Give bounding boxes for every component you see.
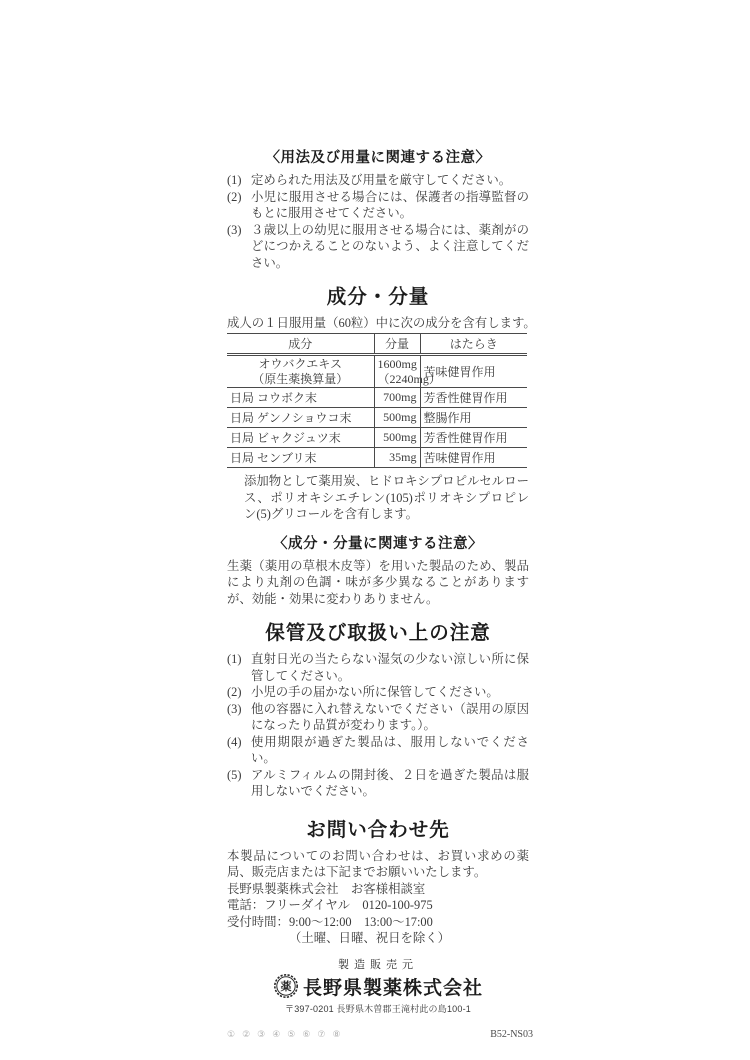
item-text: 使用期限が過ぎた製品は、服用しないでください。 <box>251 734 529 767</box>
contact-phone: 電話：フリーダイヤル 0120-100-975 <box>227 897 529 914</box>
list-item: (3) ３歳以上の幼児に服用させる場合には、薬剤がのどにつかえることのないよう、… <box>227 222 529 272</box>
manufacturer-block: 製造販売元 薬 長野県製薬株式会社 〒397-0201 長野県木曽郡王滝村此の島… <box>227 956 529 1015</box>
manufacturer-address: 〒397-0201 長野県木曽郡王滝村此の島100-1 <box>227 1002 529 1015</box>
ingredient-function: 整腸作用 <box>420 408 527 428</box>
list-item: (1) 定められた用法及び用量を厳守してください。 <box>227 172 529 189</box>
item-text: 小児に服用させる場合には、保護者の指導監督のもとに服用させてください。 <box>251 189 529 222</box>
ingredients-table: 成分 分量 はたらき オウバクエキス （原生薬換算量） 1600mg （2240… <box>227 333 527 468</box>
company-seal-icon: 薬 <box>273 973 299 999</box>
ingredients-caution-text: 生薬（薬用の草根木皮等）を用いた製品のため、製品により丸剤の色調・味が多少異なる… <box>227 558 529 608</box>
contact-hours-note: （土曜、日曜、祝日を除く） <box>227 930 529 947</box>
list-item: (2) 小児に服用させる場合には、保護者の指導監督のもとに服用させてください。 <box>227 189 529 222</box>
item-text: ３歳以上の幼児に服用させる場合には、薬剤がのどにつかえることのないよう、よく注意… <box>251 222 529 272</box>
table-row: 日局 ビャクジュツ末 500mg 芳香性健胃作用 <box>227 428 527 448</box>
ingredient-amount: 500mg <box>374 428 420 448</box>
svg-text:薬: 薬 <box>280 979 291 993</box>
ingredient-amount: 500mg <box>374 408 420 428</box>
ingredient-amount: 35mg <box>374 448 420 468</box>
ingredient-name: 日局 ゲンノショウコ末 <box>227 408 374 428</box>
ingredient-function: 苦味健胃作用 <box>420 448 527 468</box>
contact-company: 長野県製薬株式会社 お客様相談室 <box>227 881 529 898</box>
item-text: 定められた用法及び用量を厳守してください。 <box>251 172 529 189</box>
usage-caution-title: 〈用法及び用量に関連する注意〉 <box>227 146 529 167</box>
table-row: 日局 センブリ末 35mg 苦味健胃作用 <box>227 448 527 468</box>
item-number: (1) <box>227 172 251 189</box>
list-item: (4) 使用期限が過ぎた製品は、服用しないでください。 <box>227 734 529 767</box>
contact-hours: 受付時間：9:00～12:00 13:00～17:00 <box>227 914 529 931</box>
manufacturer-label: 製造販売元 <box>227 956 529 972</box>
table-row: 日局 ゲンノショウコ末 500mg 整腸作用 <box>227 408 527 428</box>
table-header-row: 成分 分量 はたらき <box>227 334 527 355</box>
manufacturer-name: 長野県製薬株式会社 <box>303 973 483 1000</box>
item-text: 他の容器に入れ替えないでください（誤用の原因になったり品質が変わります。）。 <box>251 701 529 734</box>
item-number: (2) <box>227 189 251 222</box>
ingredient-function: 芳香性健胃作用 <box>420 428 527 448</box>
ingredients-title: 成分・分量 <box>227 281 529 309</box>
item-text: 直射日光の当たらない湿気の少ない涼しい所に保管してください。 <box>251 651 529 684</box>
additives-note: 添加物として薬用炭、ヒドロキシプロピルセルロース、ポリオキシエチレン(105)ポ… <box>227 473 529 523</box>
column-header-amount: 分量 <box>374 334 420 355</box>
column-header-function: はたらき <box>420 334 527 355</box>
item-number: (1) <box>227 651 251 684</box>
table-row: オウバクエキス （原生薬換算量） 1600mg （2240mg） 苦味健胃作用 <box>227 355 527 388</box>
storage-title: 保管及び取扱い上の注意 <box>227 617 529 645</box>
storage-list: (1) 直射日光の当たらない湿気の少ない涼しい所に保管してください。 (2) 小… <box>227 651 529 800</box>
ingredient-amount: 1600mg （2240mg） <box>374 355 420 388</box>
color-registration-marks: ①②③④⑤⑥⑦⑧ <box>227 1029 348 1040</box>
item-number: (3) <box>227 222 251 272</box>
document-code: B52-NS03 <box>490 1029 533 1040</box>
ingredient-name: 日局 センブリ末 <box>227 448 374 468</box>
item-number: (2) <box>227 684 251 701</box>
contact-block: 本製品についてのお問い合わせは、お買い求めの薬局、販売店または下記までお願いいた… <box>227 848 529 947</box>
ingredient-amount: 700mg <box>374 388 420 408</box>
ingredient-name: オウバクエキス （原生薬換算量） <box>227 355 374 388</box>
ingredients-caution-title: 〈成分・分量に関連する注意〉 <box>227 532 529 553</box>
item-number: (5) <box>227 767 251 800</box>
ingredients-intro: 成人の１日服用量（60粒）中に次の成分を含有します。 <box>227 315 529 331</box>
content-column: 〈用法及び用量に関連する注意〉 (1) 定められた用法及び用量を厳守してください… <box>227 146 529 1040</box>
contact-body: 本製品についてのお問い合わせは、お買い求めの薬局、販売店または下記までお願いいた… <box>227 848 529 881</box>
ingredient-name: 日局 ビャクジュツ末 <box>227 428 374 448</box>
list-item: (3) 他の容器に入れ替えないでください（誤用の原因になったり品質が変わります。… <box>227 701 529 734</box>
usage-caution-list: (1) 定められた用法及び用量を厳守してください。 (2) 小児に服用させる場合… <box>227 172 529 271</box>
list-item: (1) 直射日光の当たらない湿気の少ない涼しい所に保管してください。 <box>227 651 529 684</box>
ingredient-name: 日局 コウボク末 <box>227 388 374 408</box>
list-item: (2) 小児の手の届かない所に保管してください。 <box>227 684 529 701</box>
contact-title: お問い合わせ先 <box>227 814 529 842</box>
item-text: アルミフィルムの開封後、２日を過ぎた製品は服用しないでください。 <box>251 767 529 800</box>
ingredient-function: 芳香性健胃作用 <box>420 388 527 408</box>
item-number: (3) <box>227 701 251 734</box>
list-item: (5) アルミフィルムの開封後、２日を過ぎた製品は服用しないでください。 <box>227 767 529 800</box>
footer-row: ①②③④⑤⑥⑦⑧ B52-NS03 <box>227 1029 533 1040</box>
item-number: (4) <box>227 734 251 767</box>
package-insert-page: 〈用法及び用量に関連する注意〉 (1) 定められた用法及び用量を厳守してください… <box>0 0 750 1060</box>
item-text: 小児の手の届かない所に保管してください。 <box>251 684 529 701</box>
manufacturer-row: 薬 長野県製薬株式会社 <box>227 973 529 1000</box>
table-row: 日局 コウボク末 700mg 芳香性健胃作用 <box>227 388 527 408</box>
column-header-ingredient: 成分 <box>227 334 374 355</box>
